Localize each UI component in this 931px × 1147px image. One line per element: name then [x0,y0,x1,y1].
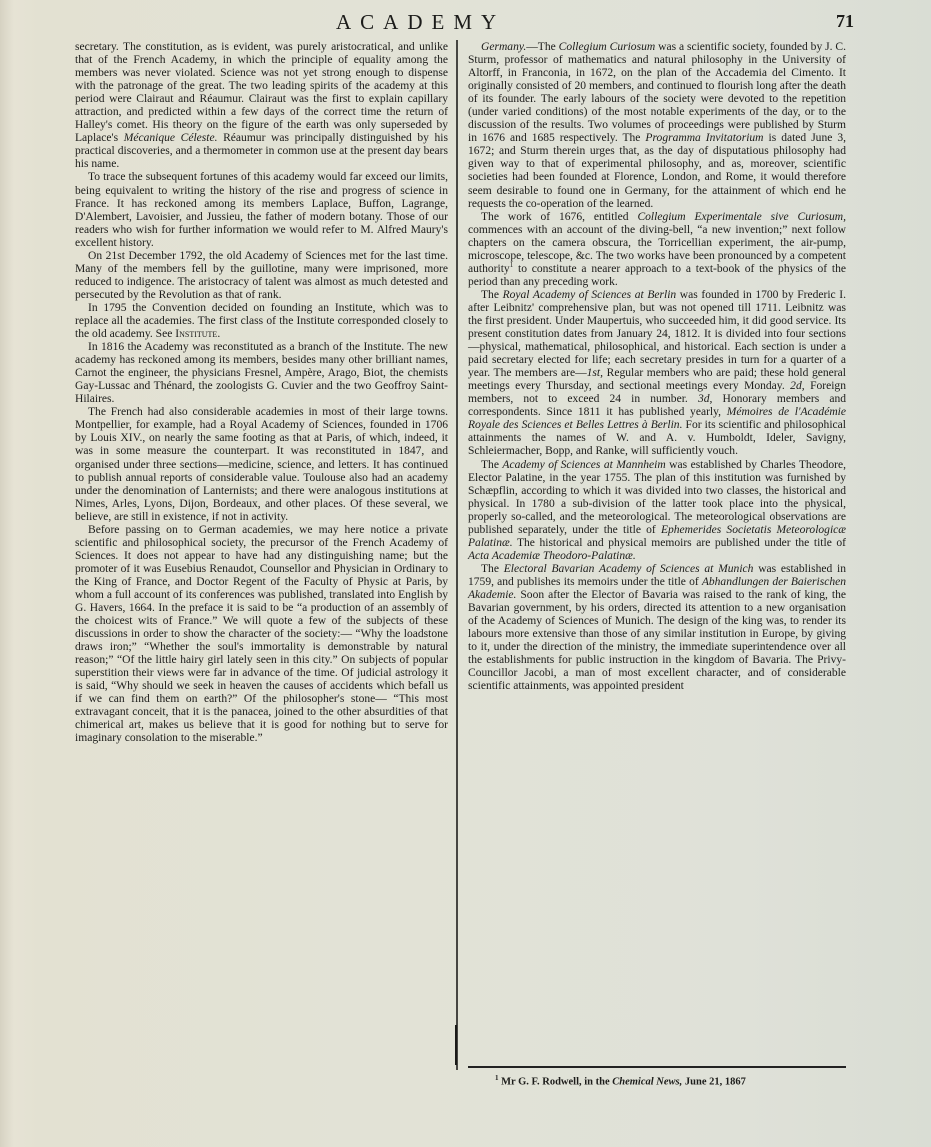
italic-title: Electoral Bavarian Academy of Sciences a… [504,563,754,575]
column-divider [456,40,458,1070]
footnote: 1 Mr G. F. Rodwell, in the Chemical News… [495,1074,746,1088]
encyclopedia-page: ACADEMY 71 secretary. The constitution, … [0,0,931,1147]
paragraph-academy-constitution: secretary. The constitution, as is evide… [75,41,448,171]
italic-title: Collegium Curiosum [559,41,656,53]
paragraph-text: to constitute a nearer approach to a tex… [468,263,846,288]
paragraph-reconstituted-1816: In 1816 the Academy was reconstituted as… [75,341,448,406]
footnote-divider [468,1066,846,1068]
paragraph-text: Soon after the Elector of Bavaria was ra… [468,589,846,692]
paragraph-subsequent-fortunes: To trace the subsequent fortunes of this… [75,171,448,249]
footnote-text: June 21, 1867 [682,1077,746,1088]
paragraph-last-meeting-1792: On 21st December 1792, the old Academy o… [75,250,448,302]
page-number: 71 [836,11,854,32]
paragraph-text: The [481,563,504,575]
italic-ordinal: 2d, [790,380,804,392]
paragraph-text: . [217,328,220,340]
paragraph-berlin-academy: The Royal Academy of Sciences at Berlin … [468,289,846,459]
footnote-text: Mr G. F. Rodwell, in the [499,1077,613,1088]
paragraph-munich-academy: The Electoral Bavarian Academy of Scienc… [468,563,846,693]
italic-title: Programma Invitatorium [645,132,763,144]
column-divider-tail [455,1025,457,1065]
footnote-italic-source: Chemical News, [612,1077,682,1088]
paragraph-text: The [481,459,502,471]
italic-ordinal: 1st, [587,367,603,379]
right-column: Germany.—The Collegium Curiosum was a sc… [468,41,846,693]
cross-reference-link[interactable]: Institute [175,328,217,340]
italic-title: Mécanique Céleste. [124,132,218,144]
paragraph-text: The historical and physical memoirs are … [513,537,846,549]
paragraph-text: The [481,289,503,301]
paragraph-text: —The [526,41,558,53]
running-header: ACADEMY 71 [0,10,931,36]
italic-title: Academy of Sciences at Mannheim [502,459,665,471]
page-gutter-shadow [0,0,14,1147]
left-column: secretary. The constitution, as is evide… [75,41,448,746]
italic-title: Collegium Experimentale sive Curiosum, [637,211,846,223]
page-title: ACADEMY [336,10,505,35]
paragraph-collegium-curiosum: Germany.—The Collegium Curiosum was a sc… [468,41,846,211]
italic-title: Acta Academiæ Theodoro-Palatinæ. [468,550,636,562]
paragraph-text: was a scientific society, founded by J. … [468,41,846,144]
paragraph-text: was founded in 1700 by Frederic I. after… [468,289,846,379]
italic-title: Royal Academy of Sciences at Berlin [503,289,677,301]
paragraph-text: secretary. The constitution, as is evide… [75,41,448,144]
paragraph-text: In 1795 the Convention decided on foundi… [75,302,448,340]
section-heading-germany: Germany. [481,41,526,53]
paragraph-provincial-academies: The French had also considerable academi… [75,406,448,523]
paragraph-text: The work of 1676, entitled [481,211,637,223]
paragraph-institute-1795: In 1795 the Convention decided on foundi… [75,302,448,341]
paragraph-work-of-1676: The work of 1676, entitled Collegium Exp… [468,211,846,289]
paragraph-renaudot-society: Before passing on to German academies, w… [75,524,448,746]
paragraph-mannheim-academy: The Academy of Sciences at Mannheim was … [468,459,846,563]
italic-ordinal: 3d, [698,393,712,405]
